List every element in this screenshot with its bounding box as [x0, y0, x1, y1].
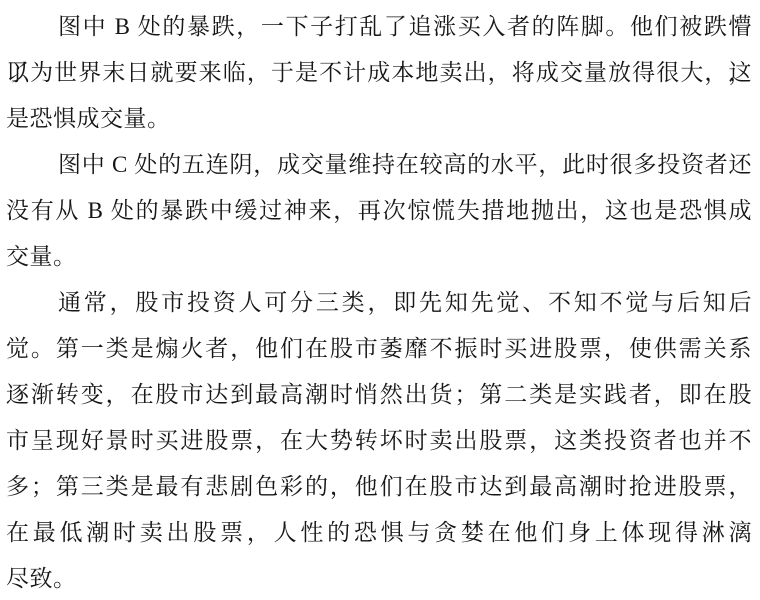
- book-page: 图中 B 处的暴跌，一下子打乱了追涨买入者的阵脚。他们被跌懵了，以为世界末日就要…: [0, 0, 760, 600]
- body-text: 图中 B 处的暴跌，一下子打乱了追涨买入者的阵脚。他们被跌懵了，以为世界末日就要…: [6, 4, 752, 600]
- paragraph-b-crash: 图中 B 处的暴跌，一下子打乱了追涨买入者的阵脚。他们被跌懵了，以为世界末日就要…: [6, 4, 752, 142]
- text-line: 图中 C 处的五连阴，成交量维持在较高的水平，此时很多投资者还: [6, 142, 752, 188]
- text-line: 市呈现好景时买进股票，在大势转坏时卖出股票，这类投资者也并不: [6, 418, 752, 464]
- text-line: 是恐惧成交量。: [6, 96, 752, 142]
- paragraph-c-five-yin: 图中 C 处的五连阴，成交量维持在较高的水平，此时很多投资者还没有从 B 处的暴…: [6, 142, 752, 280]
- text-line: 觉。第一类是煽火者，他们在股市萎靡不振时买进股票，使供需关系: [6, 326, 752, 372]
- text-line: 多；第三类是最有悲剧色彩的，他们在股市达到最高潮时抢进股票，: [6, 464, 752, 510]
- text-line: 交量。: [6, 234, 752, 280]
- text-line: 以为世界末日就要来临，于是不计成本地卖出，将成交量放得很大，这: [6, 50, 752, 96]
- text-line: 没有从 B 处的暴跌中缓过神来，再次惊慌失措地抛出，这也是恐惧成: [6, 188, 752, 234]
- text-line: 逐渐转变，在股市达到最高潮时悄然出货；第二类是实践者，即在股: [6, 372, 752, 418]
- text-line: 图中 B 处的暴跌，一下子打乱了追涨买入者的阵脚。他们被跌懵了，: [6, 4, 752, 50]
- text-line: 尽致。: [6, 556, 752, 600]
- text-line: 在最低潮时卖出股票，人性的恐惧与贪婪在他们身上体现得淋漓: [6, 510, 752, 556]
- text-line: 通常，股市投资人可分三类，即先知先觉、不知不觉与后知后: [6, 280, 752, 326]
- paragraph-three-investor-types: 通常，股市投资人可分三类，即先知先觉、不知不觉与后知后觉。第一类是煽火者，他们在…: [6, 280, 752, 600]
